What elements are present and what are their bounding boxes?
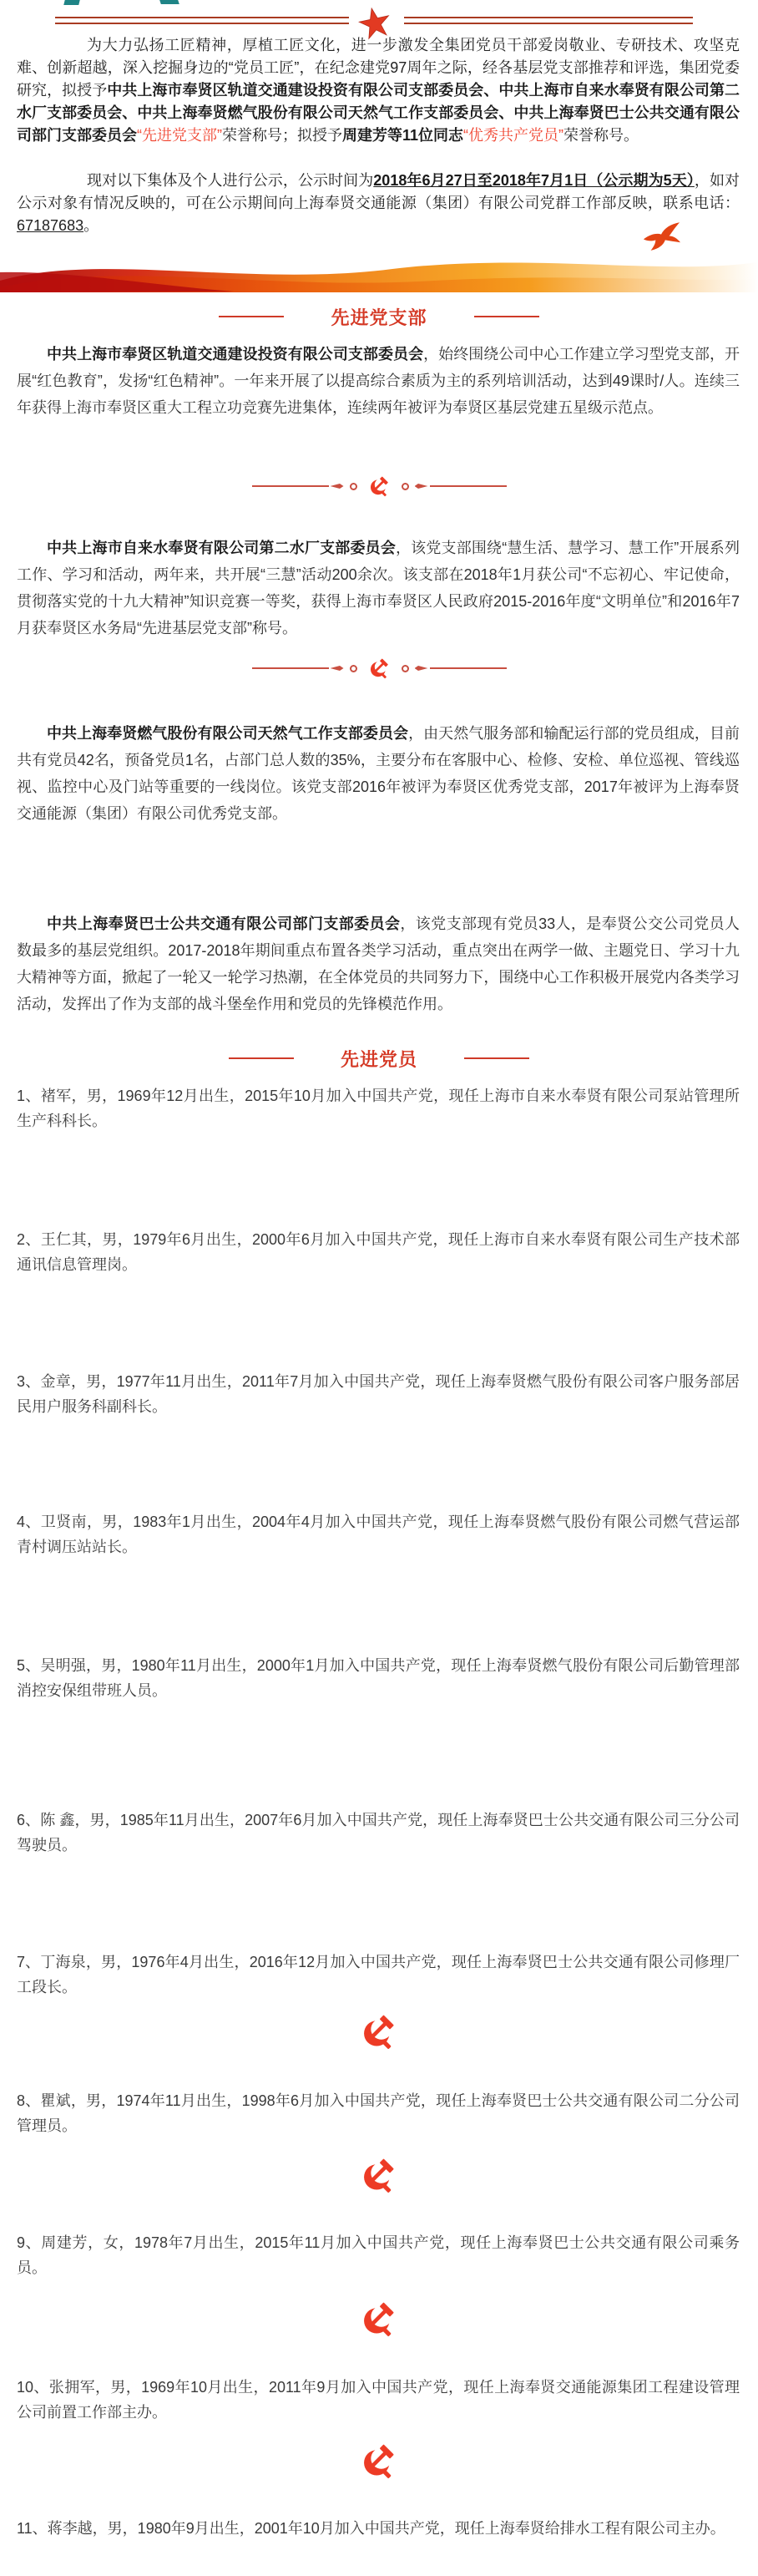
party-emblem-icon	[368, 475, 391, 498]
branch-name: 中共上海市自来水奉贤有限公司第二水厂支部委员会	[47, 540, 396, 556]
branch-name: 中共上海市奉贤区轨道交通建设投资有限公司支部委员会	[47, 346, 423, 363]
divider-line	[252, 667, 329, 669]
divider-leaf	[331, 484, 344, 489]
divider-leaf	[415, 666, 428, 671]
awarded-member-names: 周建芳等11位同志	[342, 127, 463, 144]
branch-paragraph: 中共上海市自来水奉贤有限公司第二水厂支部委员会，该党支部围绕“慧生活、慧学习、慧…	[0, 535, 758, 641]
publicity-period: 2018年6月27日至2018年7月1日（公示期为5天）	[373, 172, 695, 189]
emblem-separator	[0, 2157, 758, 2195]
emblem-separator	[0, 2442, 758, 2481]
party-emblem-icon	[360, 2300, 398, 2339]
member-item: 2、王仁其，男，1979年6月出生，2000年6月加入中国共产党，现任上海市自来…	[0, 1227, 758, 1277]
member-item: 1、褚军，男，1969年12月出生，2015年10月加入中国共产党，现任上海市自…	[0, 1083, 758, 1133]
divider-leaf	[331, 666, 344, 671]
double-rule-left	[55, 17, 349, 24]
branch-paragraph: 中共上海市奉贤区轨道交通建设投资有限公司支部委员会，始终围绕公司中心工作建立学习…	[0, 341, 758, 448]
emblem-separator	[0, 2013, 758, 2051]
party-emblem-icon	[360, 2442, 398, 2481]
notice-text: 现对以下集体及个人进行公示，公示时间为	[87, 172, 373, 189]
title-dash-right	[474, 316, 539, 317]
party-emblem-icon	[368, 657, 391, 680]
announcement-page: 为大力弘扬工匠精神，厚植工匠文化，进一步激发全集团党员干部爱岗敬业、专研技术、攻…	[0, 0, 758, 2576]
branch-paragraph: 中共上海奉贤燃气股份有限公司天然气工作支部委员会，由天然气服务部和输配运行部的党…	[0, 720, 758, 827]
divider-line	[430, 667, 507, 669]
phone-number-link[interactable]: 67187683	[17, 217, 83, 234]
party-emblem-icon	[360, 2157, 398, 2195]
divider-dot	[402, 665, 409, 672]
divider-leaf	[415, 484, 428, 489]
intro-paragraph-2: 现对以下集体及个人进行公示，公示时间为2018年6月27日至2018年7月1日（…	[17, 170, 740, 237]
intro-text: 荣誉称号；拟授予	[222, 127, 342, 144]
logo-fragment-teal-left	[63, 0, 79, 5]
branch-name: 中共上海奉贤燃气股份有限公司天然气工作支部委员会	[47, 725, 408, 742]
member-item: 10、张拥军，男，1969年10月出生，2011年9月加入中国共产党，现任上海奉…	[0, 2375, 758, 2425]
title-dash-left	[229, 1057, 294, 1059]
section-title-text: 先进党支部	[331, 304, 427, 330]
member-item: 7、丁海泉，男，1976年4月出生，2016年12月加入中国共产党，现任上海奉贤…	[0, 1950, 758, 2000]
logo-fragment-teal-right	[159, 0, 179, 4]
wave-banner	[0, 244, 758, 292]
divider-line	[252, 485, 329, 487]
emblem-separator	[0, 2300, 758, 2339]
member-item: 8、瞿斌，男，1974年11月出生，1998年6月加入中国共产党，现任上海奉贤巴…	[0, 2088, 758, 2138]
branch-paragraph: 中共上海奉贤巴士公共交通有限公司部门支部委员会，该党支部现有党员33人，是奉贤公…	[0, 910, 758, 1017]
intro-block: 为大力弘扬工匠精神，厚植工匠文化，进一步激发全集团党员干部爱岗敬业、专研技术、攻…	[0, 34, 758, 237]
party-emblem-icon	[360, 2013, 398, 2051]
section-title-text: 先进党员	[341, 1046, 417, 1072]
title-dash-left	[219, 316, 284, 317]
branch-name: 中共上海奉贤巴士公共交通有限公司部门支部委员会	[47, 915, 400, 932]
red-star-icon	[358, 7, 392, 40]
divider-dot	[350, 665, 357, 672]
ornate-divider	[0, 473, 758, 499]
title-dash-right	[464, 1057, 529, 1059]
divider-line	[430, 485, 507, 487]
divider-dot	[350, 483, 357, 490]
award-title-branch: “先进党支部”	[137, 127, 222, 144]
notice-text: 。	[83, 217, 99, 234]
double-rule-right	[404, 17, 693, 24]
ornate-divider	[0, 655, 758, 682]
member-item: 6、陈 鑫，男，1985年11月出生，2007年6月加入中国共产党，现任上海奉贤…	[0, 1808, 758, 1858]
dove-icon	[641, 222, 681, 251]
section-title-members: 先进党员	[0, 1046, 758, 1071]
award-title-member: “优秀共产党员”	[463, 127, 563, 144]
member-item: 3、金章，男，1977年11月出生，2011年7月加入中国共产党，现任上海奉贤燃…	[0, 1369, 758, 1419]
member-item: 11、蒋李越，男，1980年9月出生，2001年10月加入中国共产党，现任上海奉…	[0, 2516, 758, 2566]
member-item: 9、周建芳，女，1978年7月出生，2015年11月加入中国共产党，现任上海奉贤…	[0, 2230, 758, 2280]
member-item: 4、卫贤南，男，1983年1月出生，2004年4月加入中国共产党，现任上海奉贤燃…	[0, 1509, 758, 1559]
intro-text: 荣誉称号。	[563, 127, 639, 144]
section-title-branches: 先进党支部	[0, 304, 758, 329]
intro-paragraph-1: 为大力弘扬工匠精神，厚植工匠文化，进一步激发全集团党员干部爱岗敬业、专研技术、攻…	[17, 34, 740, 170]
divider-dot	[402, 483, 409, 490]
member-item: 5、吴明强，男，1980年11月出生，2000年1月加入中国共产党，现任上海奉贤…	[0, 1653, 758, 1703]
